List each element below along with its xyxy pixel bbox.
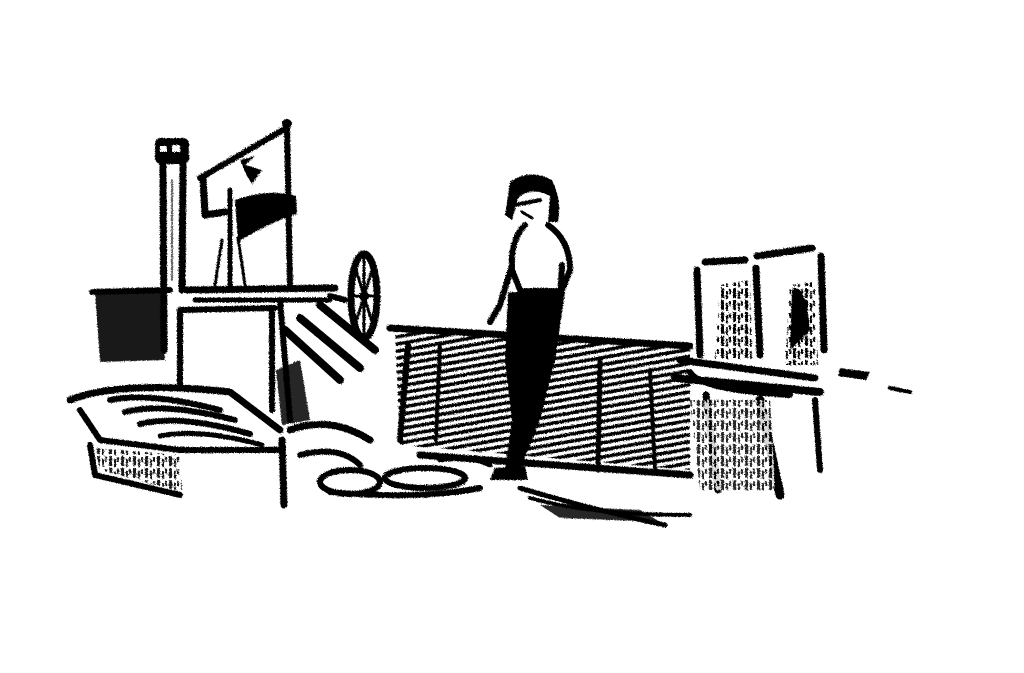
valve-wheel xyxy=(351,254,377,338)
bench-cot xyxy=(70,388,284,506)
cylinders xyxy=(697,248,824,365)
ink-sketch-scene xyxy=(0,0,1024,673)
platform xyxy=(675,360,910,495)
flag xyxy=(200,119,297,290)
background-dark-block xyxy=(92,288,170,362)
